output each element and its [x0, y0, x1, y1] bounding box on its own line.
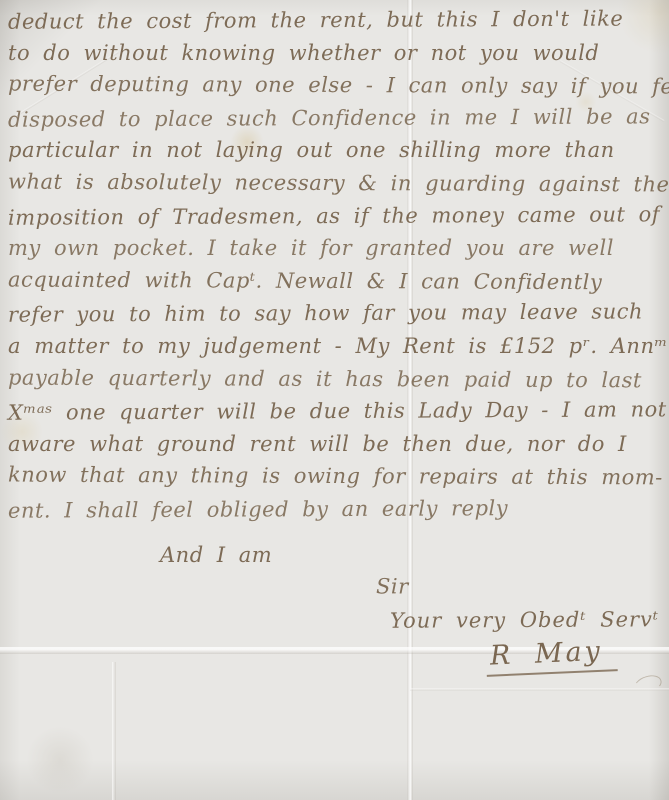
letter-line: refer you to him to say how far you may …: [8, 296, 669, 332]
signature: R May: [485, 635, 617, 676]
letter-line: Sir: [376, 570, 669, 604]
letter-line: payable quarterly and as it has been pai…: [8, 361, 669, 396]
letter-line: deduct the cost from the rent, but this …: [8, 2, 669, 38]
letter-line: ent. I shall feel obliged by an early re…: [8, 491, 669, 527]
letter-line: my own pocket. I take it for granted you…: [8, 232, 669, 265]
letter-line: aware what ground rent will be then due,…: [8, 428, 669, 461]
letter-line: to do without knowing whether or not you…: [8, 37, 669, 70]
letter-line: acquainted with Capᵗ. Newall & I can Con…: [8, 263, 669, 298]
letter-body: deduct the cost from the rent, but this …: [0, 0, 669, 800]
letter-line: imposition of Tradesmen, as if the money…: [8, 198, 669, 234]
letter-line: disposed to place such Confidence in me …: [8, 100, 669, 136]
letter-line: Xᵐᵃˢ one quarter will be due this Lady D…: [8, 393, 669, 429]
letter-line: Your very Obedᵗ Servᵗ: [390, 603, 669, 637]
letter-line: what is absolutely necessary & in guardi…: [8, 166, 669, 201]
letter-line: a matter to my judgement - My Rent is £1…: [8, 330, 669, 363]
letter-line: prefer deputing any one else - I can onl…: [8, 68, 669, 103]
letter-paper: deduct the cost from the rent, but this …: [0, 0, 669, 800]
letter-line: know that any thing is owing for repairs…: [8, 459, 669, 494]
letter-line: And I am: [160, 539, 669, 572]
letter-line: particular in not laying out one shillin…: [8, 134, 669, 167]
